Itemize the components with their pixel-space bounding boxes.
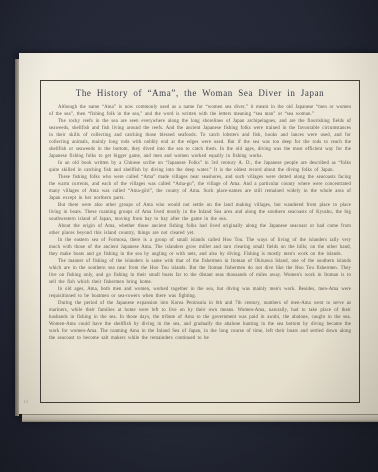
text-frame: The History of “Ama”, the Woman Sea Dive… (40, 80, 360, 403)
body-text: Although the name “Ama” is now commonly … (49, 104, 351, 342)
page-title: The History of “Ama”, the Woman Sea Dive… (47, 88, 353, 98)
under-page-edge (22, 414, 378, 422)
paragraph: The manner of fishing of the islanders i… (49, 258, 351, 286)
paragraph: The rocky reefs in the sea are seen ever… (49, 118, 351, 160)
photo-backdrop: The History of “Ama”, the Woman Sea Dive… (0, 0, 378, 472)
paragraph: In an old book written by a Chinese scri… (49, 160, 351, 174)
paragraph: These fishing folks who were called “Ama… (49, 174, 351, 202)
page-left-edge (15, 59, 19, 416)
paragraph: But there were also other groups of Ama … (49, 202, 351, 223)
book-page: The History of “Ama”, the Woman Sea Dive… (19, 53, 378, 414)
paragraph: Although the name “Ama” is now commonly … (49, 104, 351, 118)
page-number: 14 (23, 400, 28, 405)
paragraph: During the period of the Japanese expans… (49, 300, 351, 342)
paragraph: In old ages, Ama, both men and women, wo… (49, 286, 351, 300)
paragraph: About the origin of Ama, whether those a… (49, 223, 351, 237)
paragraph: In the eastern sea of Formosa, there is … (49, 237, 351, 258)
